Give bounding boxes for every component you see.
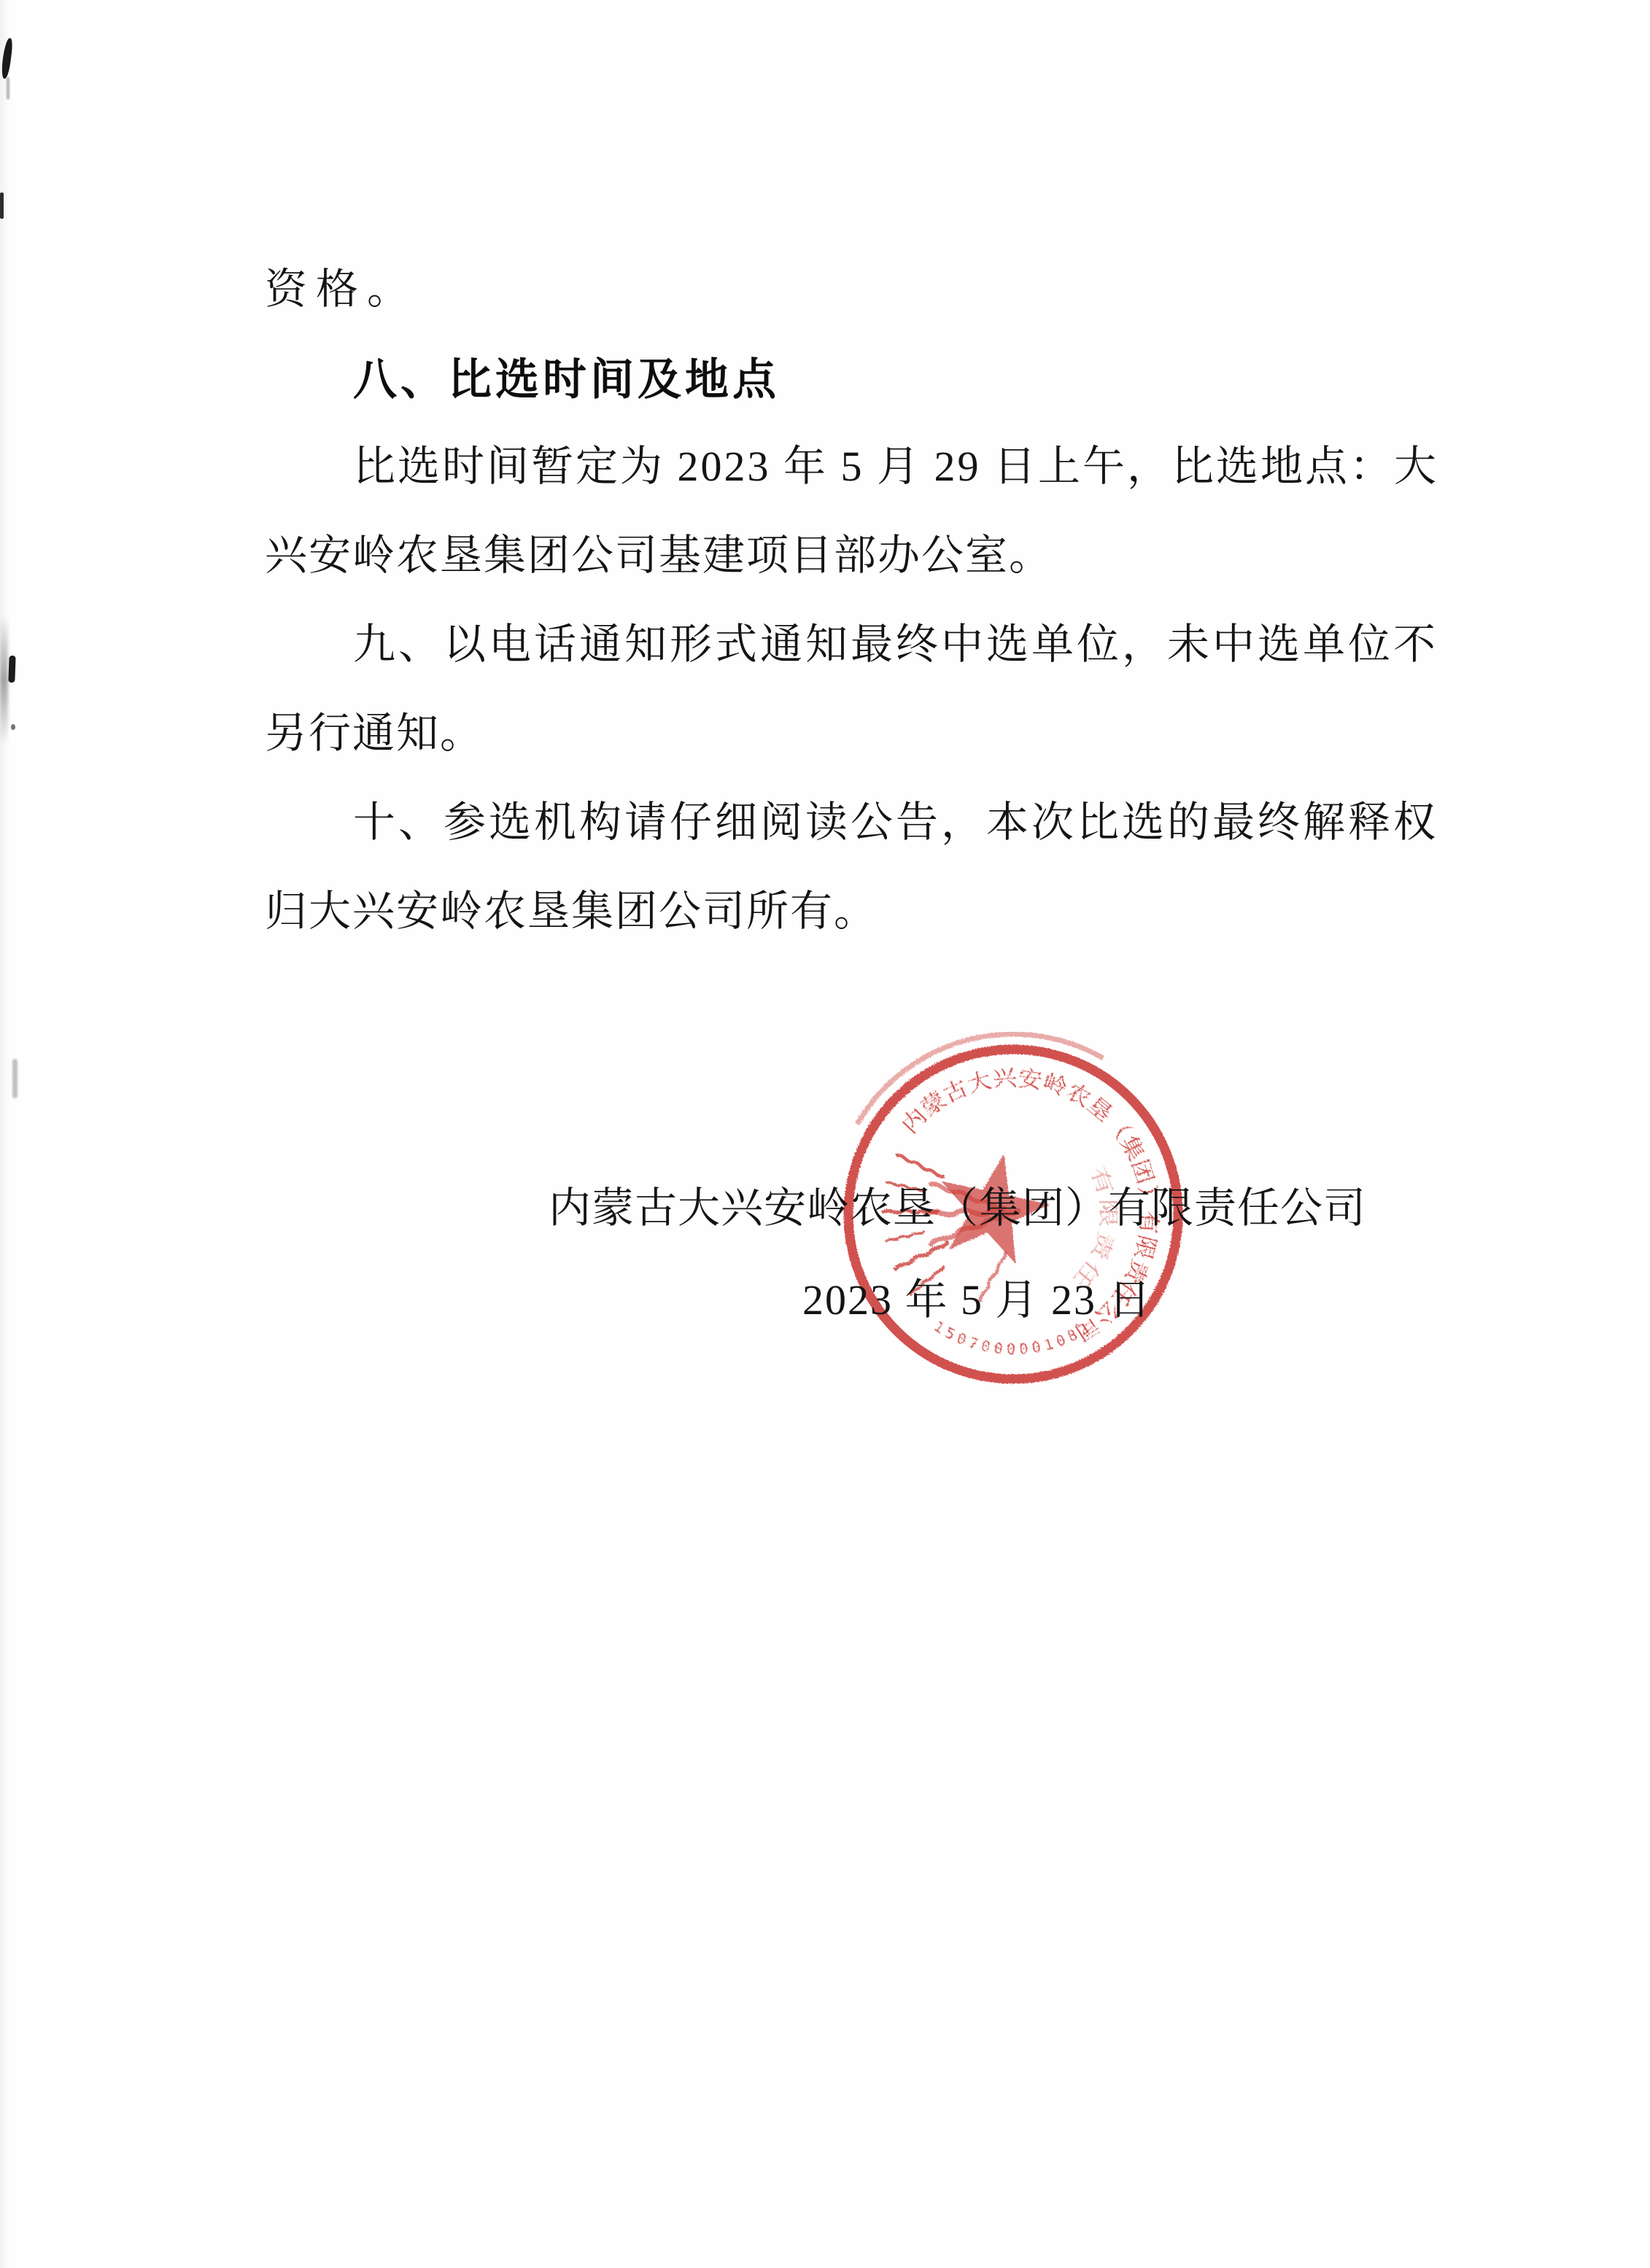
body-line-6: 另行通知。: [265, 710, 484, 758]
signature-date: 2023 年 5 月 23 日: [802, 1276, 1153, 1325]
signature-company: 内蒙古大兴安岭农垦（集团）有限责任公司: [549, 1184, 1366, 1233]
scan-artifact-dot: [11, 724, 15, 730]
body-line-3: 比选时间暂定为 2023 年 5 月 29 日上午，比选地点：大: [353, 443, 1438, 492]
scan-artifact-dash: [8, 656, 15, 683]
section-heading: 八、比选时间及地点: [353, 354, 780, 405]
scan-artifact-ink-blob: [1, 38, 14, 79]
body-line-7: 十、参选机构请仔细阅读公告，本次比选的最终解释权: [353, 799, 1438, 847]
scan-artifact-smudge: [0, 616, 8, 744]
body-line-5: 九、以电话通知形式通知最终中选单位，未中选单位不: [353, 621, 1438, 669]
body-line-8: 归大兴安岭农垦集团公司所有。: [265, 888, 878, 936]
document-page: 内蒙古大兴安岭农垦（集团）有限责任公司 有限责任公司 1507000001082: [0, 0, 1650, 2268]
body-line-4: 兴安岭农垦集团公司基建项目部办公室。: [265, 532, 1053, 580]
scan-artifact-faint-dash: [12, 1059, 18, 1098]
scan-edge-tint: [0, 0, 10, 2268]
scan-artifact-edge-mark: [0, 193, 4, 219]
body-line-1: 资格。: [265, 265, 418, 314]
scan-artifact-ink-tail: [7, 77, 9, 99]
